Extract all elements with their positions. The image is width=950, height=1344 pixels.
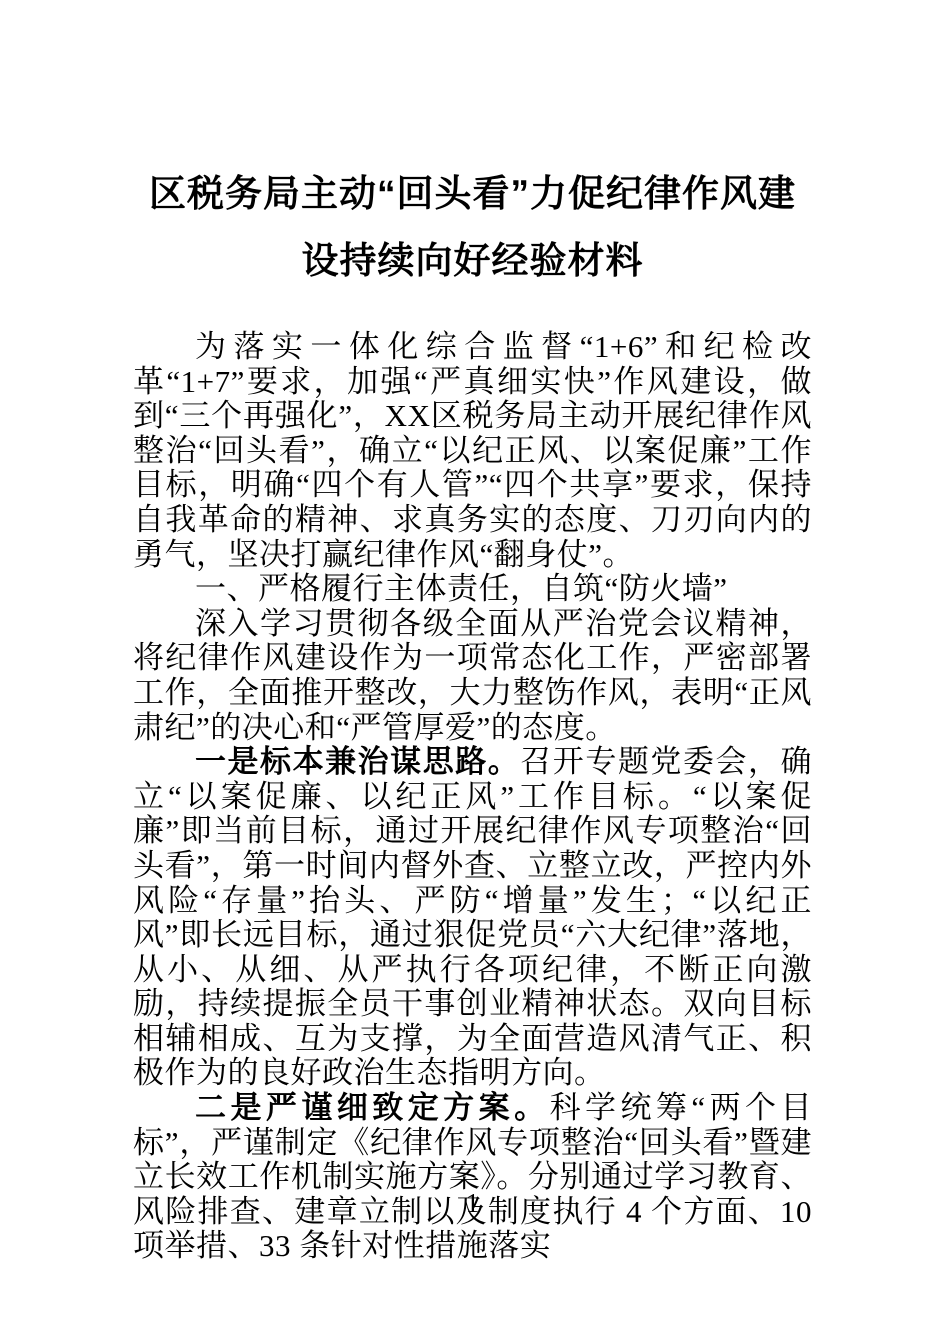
point1-text: 召开专题党委会，确立“以案促廉、以纪正风”工作目标。“以案促廉”即当前目标，通过… [133,744,812,1090]
section1-heading: 一、严格履行主体责任，自筑“防火墙” [133,572,812,607]
document-title: 区税务局主动“回头看”力促纪律作风建 设持续向好经验材料 [133,160,812,294]
point1-lead: 一是标本兼治谋思路。 [195,744,520,779]
paragraph-point2: 二是严谨细致定方案。科学统筹“两个目标”，严谨制定《纪律作风专项整治“回头看”暨… [133,1091,812,1264]
title-line-2: 设持续向好经验材料 [133,227,812,294]
title-line-1: 区税务局主动“回头看”力促纪律作风建 [133,160,812,227]
section1-paragraph: 深入学习贯彻各级全面从严治党会议精神，将纪律作风建设作为一项常态化工作，严密部署… [133,607,812,745]
document-body: 为落实一体化综合监督“1+6”和纪检改革“1+7”要求，加强“严真细实快”作风建… [133,330,812,1264]
paragraph-intro: 为落实一体化综合监督“1+6”和纪检改革“1+7”要求，加强“严真细实快”作风建… [133,330,812,572]
page-number: 1 [133,1186,812,1220]
point2-lead: 二是严谨细致定方案。 [195,1090,550,1125]
document-page: 区税务局主动“回头看”力促纪律作风建 设持续向好经验材料 为落实一体化综合监督“… [0,0,950,1344]
paragraph-point1: 一是标本兼治谋思路。召开专题党委会，确立“以案促廉、以纪正风”工作目标。“以案促… [133,745,812,1091]
document-content: 区税务局主动“回头看”力促纪律作风建 设持续向好经验材料 为落实一体化综合监督“… [133,0,812,1264]
